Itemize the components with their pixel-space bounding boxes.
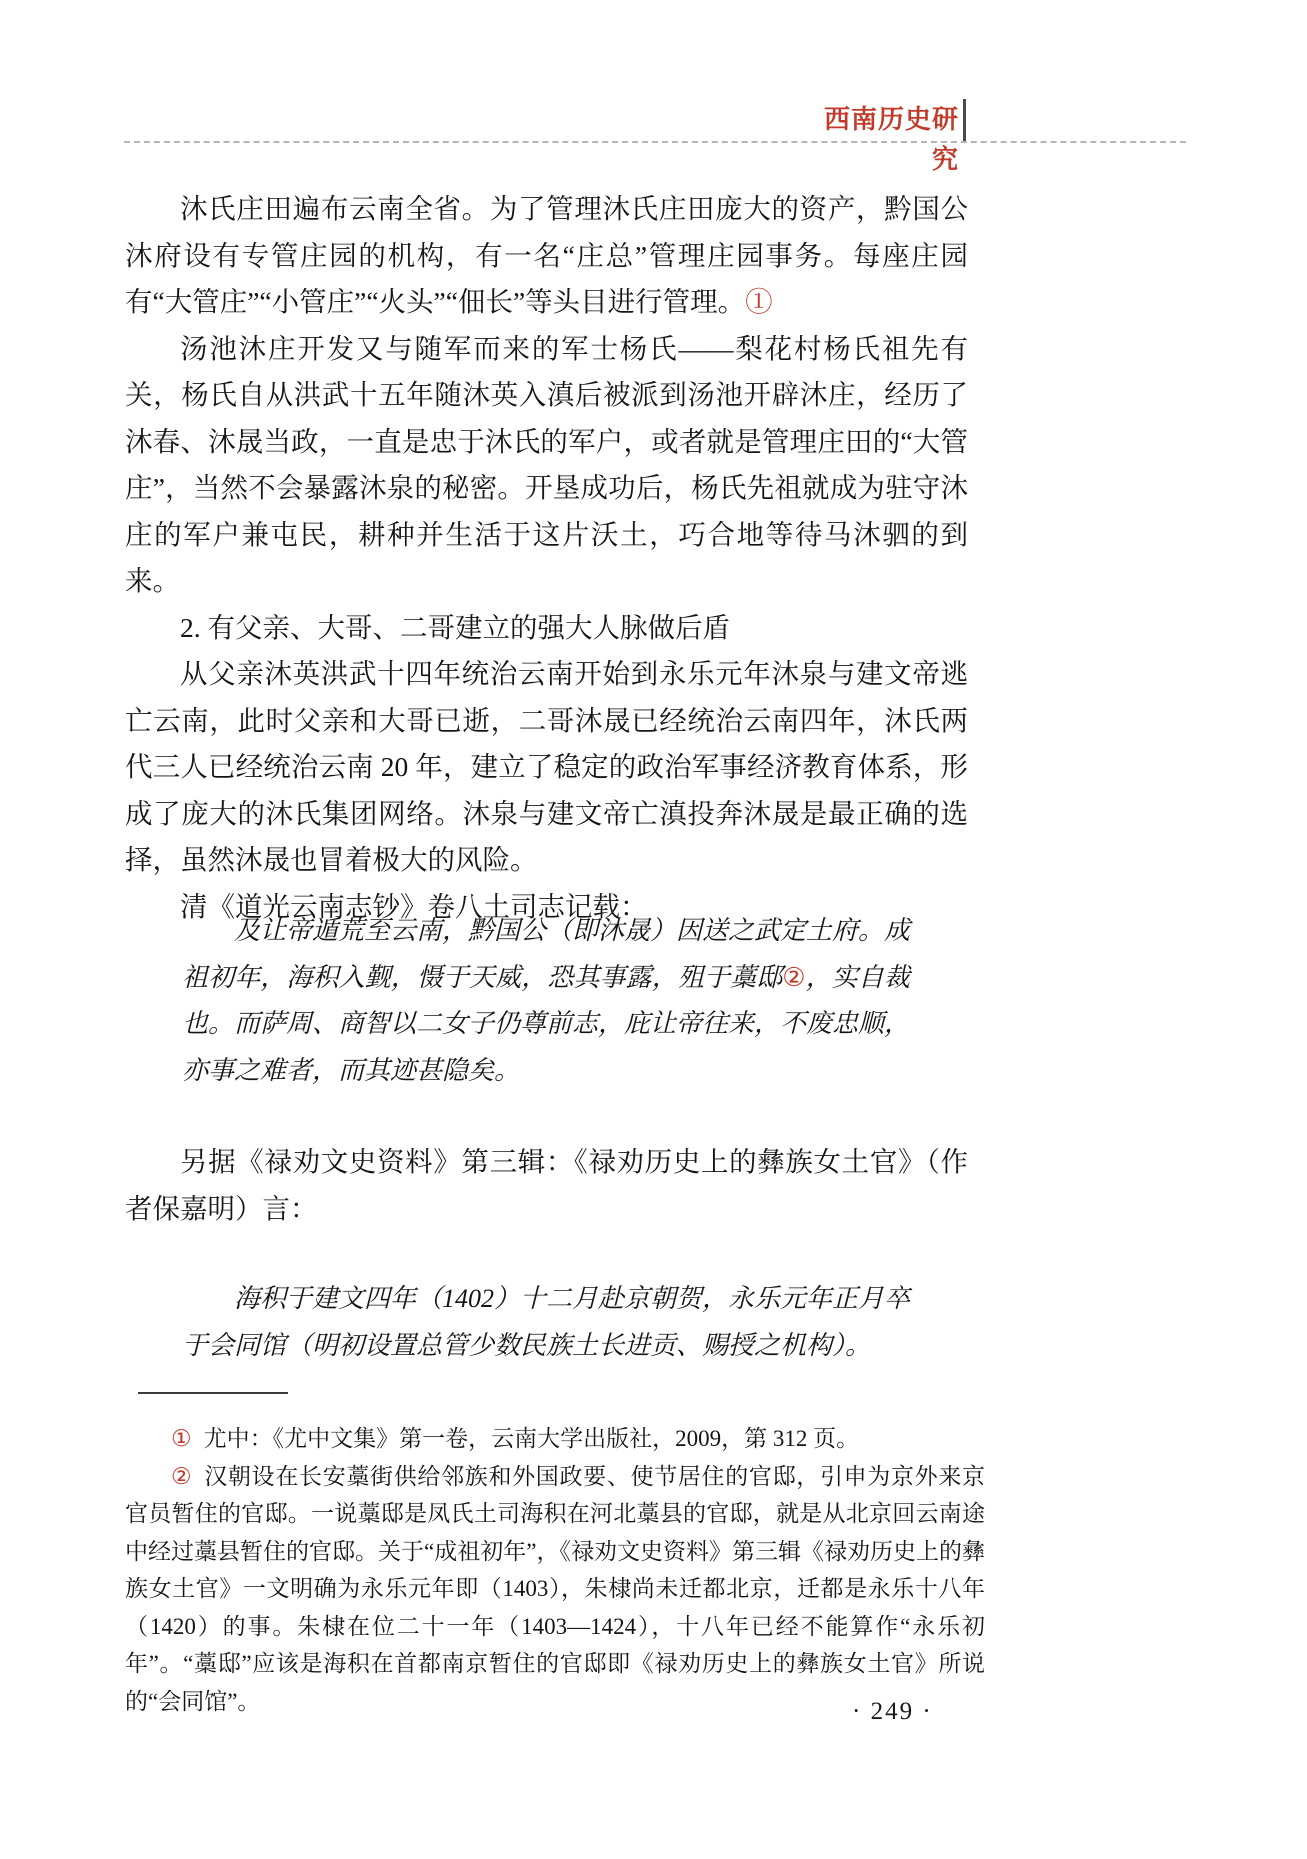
block-quote-2: 海积于建文四年（1402）十二月赴京朝贺，永乐元年正月卒于会同馆（明初设置总管少… (182, 1276, 910, 1369)
footnote-1-text: 尤中：《尤中文集》第一卷，云南大学出版社，2009，第 312 页。 (204, 1426, 860, 1451)
subsection-heading: 2. 有父亲、大哥、二哥建立的强大人脉做后盾 (125, 605, 968, 652)
footnote-ref-1: ① (745, 286, 773, 317)
footnote-2-marker: ② (171, 1464, 192, 1489)
book-page: 西南历史研究 沐氏庄田遍布云南全省。为了管理沐氏庄田庞大的资产，黔国公沐府设有专… (0, 0, 1307, 1859)
running-head-title: 西南历史研究 (803, 100, 959, 180)
main-text-block: 沐氏庄田遍布云南全省。为了管理沐氏庄田庞大的资产，黔国公沐府设有专管庄园的机构，… (125, 186, 968, 930)
paragraph-1: 沐氏庄田遍布云南全省。为了管理沐氏庄田庞大的资产，黔国公沐府设有专管庄园的机构，… (125, 186, 968, 326)
header-dashed-divider (124, 141, 1186, 143)
paragraph-2: 汤池沐庄开发又与随军而来的军士杨氏——梨花村杨氏祖先有关，杨氏自从洪武十五年随沐… (125, 326, 968, 605)
footnote-1: ①尤中：《尤中文集》第一卷，云南大学出版社，2009，第 312 页。 (125, 1420, 985, 1458)
page-number: · 249 · (852, 1698, 933, 1726)
block-quote-1: 及让帝遁荒至云南，黔国公（即沐晟）因送之武定土府。成祖初年，海积入觐，慑于天威，… (182, 908, 910, 1094)
paragraph-1-text: 沐氏庄田遍布云南全省。为了管理沐氏庄田庞大的资产，黔国公沐府设有专管庄园的机构，… (125, 193, 968, 317)
paragraph-3: 从父亲沐英洪武十四年统治云南开始到永乐元年沐泉与建文帝逃亡云南，此时父亲和大哥已… (125, 651, 968, 884)
footnote-separator-rule (138, 1392, 288, 1394)
footnote-2: ②汉朝设在长安藁街供给邻族和外国政要、使节居住的官邸，引申为京外来京官员暂住的官… (125, 1458, 985, 1721)
footnote-2-text: 汉朝设在长安藁街供给邻族和外国政要、使节居住的官邸，引申为京外来京官员暂住的官邸… (125, 1464, 985, 1714)
paragraph-5-source-intro: 另据《禄劝文史资料》第三辑：《禄劝历史上的彝族女土官》（作者保嘉明）言： (125, 1139, 968, 1232)
footnotes-block: ①尤中：《尤中文集》第一卷，云南大学出版社，2009，第 312 页。 ②汉朝设… (125, 1420, 985, 1720)
footnote-ref-2: ② (782, 963, 805, 992)
footnote-1-marker: ① (171, 1426, 192, 1451)
header-vertical-bar (963, 99, 966, 142)
